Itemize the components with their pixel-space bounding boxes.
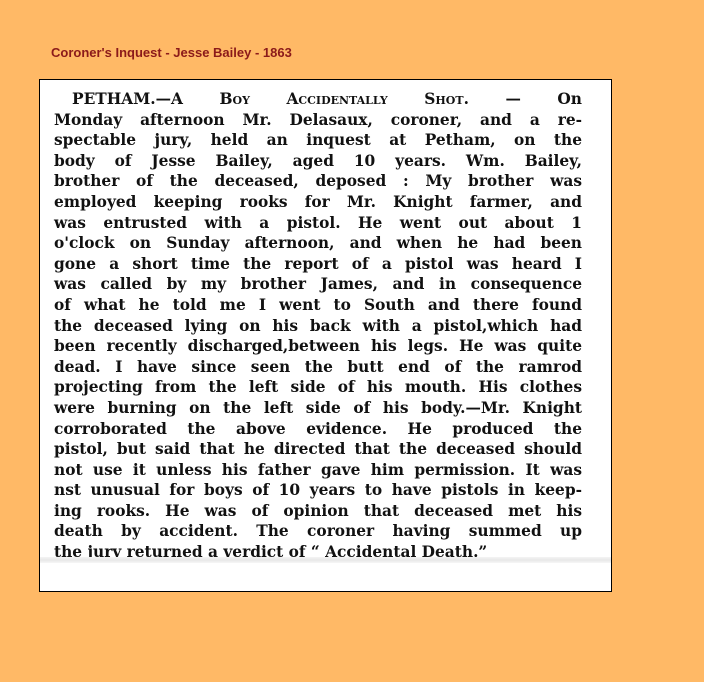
article-headline: PETHAM.—A Boy Accidentally Shot. — On [54, 89, 582, 110]
article-line: was called by my brother James, and in c… [54, 274, 582, 295]
article-line: dead. I have since seen the butt end of … [54, 357, 582, 378]
article-line: of what he told me I went to South and t… [54, 295, 582, 316]
article-line: gone a short time the report of a pistol… [54, 254, 582, 275]
newspaper-clipping: PETHAM.—A Boy Accidentally Shot. — On Mo… [39, 79, 612, 592]
article-line: were burning on the left side of his bod… [54, 398, 582, 419]
article-line: employed keeping rooks for Mr. Knight fa… [54, 192, 582, 213]
article-line: ing rooks. He was of opinion that deceas… [54, 501, 582, 522]
article-line: Monday afternoon Mr. Delasaux, coroner, … [54, 110, 582, 131]
headline-after: — On [469, 90, 582, 108]
article-text: PETHAM.—A Boy Accidentally Shot. — On Mo… [54, 89, 582, 563]
page-title: Coroner's Inquest - Jesse Bailey - 1863 [51, 45, 292, 60]
headline-place: PETHAM. [72, 90, 156, 108]
article-line: the deceased lying on his back with a pi… [54, 316, 582, 337]
headline-title: Boy Accidentally Shot. [220, 90, 469, 108]
article-line: corroborated the above evidence. He prod… [54, 419, 582, 440]
article-line: was entrusted with a pistol. He went out… [54, 213, 582, 234]
scan-edge-shadow [40, 557, 611, 563]
article-line: projecting from the left side of his mou… [54, 377, 582, 398]
article-line: body of Jesse Bailey, aged 10 years. Wm.… [54, 151, 582, 172]
article-line: brother of the deceased, deposed : My br… [54, 171, 582, 192]
article-line: been recently discharged,between his leg… [54, 336, 582, 357]
article-line: death by accident. The coroner having su… [54, 521, 582, 542]
article-line: spectable jury, held an inquest at Petha… [54, 130, 582, 151]
article-line: nst unusual for boys of 10 years to have… [54, 480, 582, 501]
headline-dash: —A [156, 90, 220, 108]
article-line: pistol, but said that he directed that t… [54, 439, 582, 460]
article-line: not use it unless his father gave him pe… [54, 460, 582, 481]
article-line: o'clock on Sunday afternoon, and when he… [54, 233, 582, 254]
